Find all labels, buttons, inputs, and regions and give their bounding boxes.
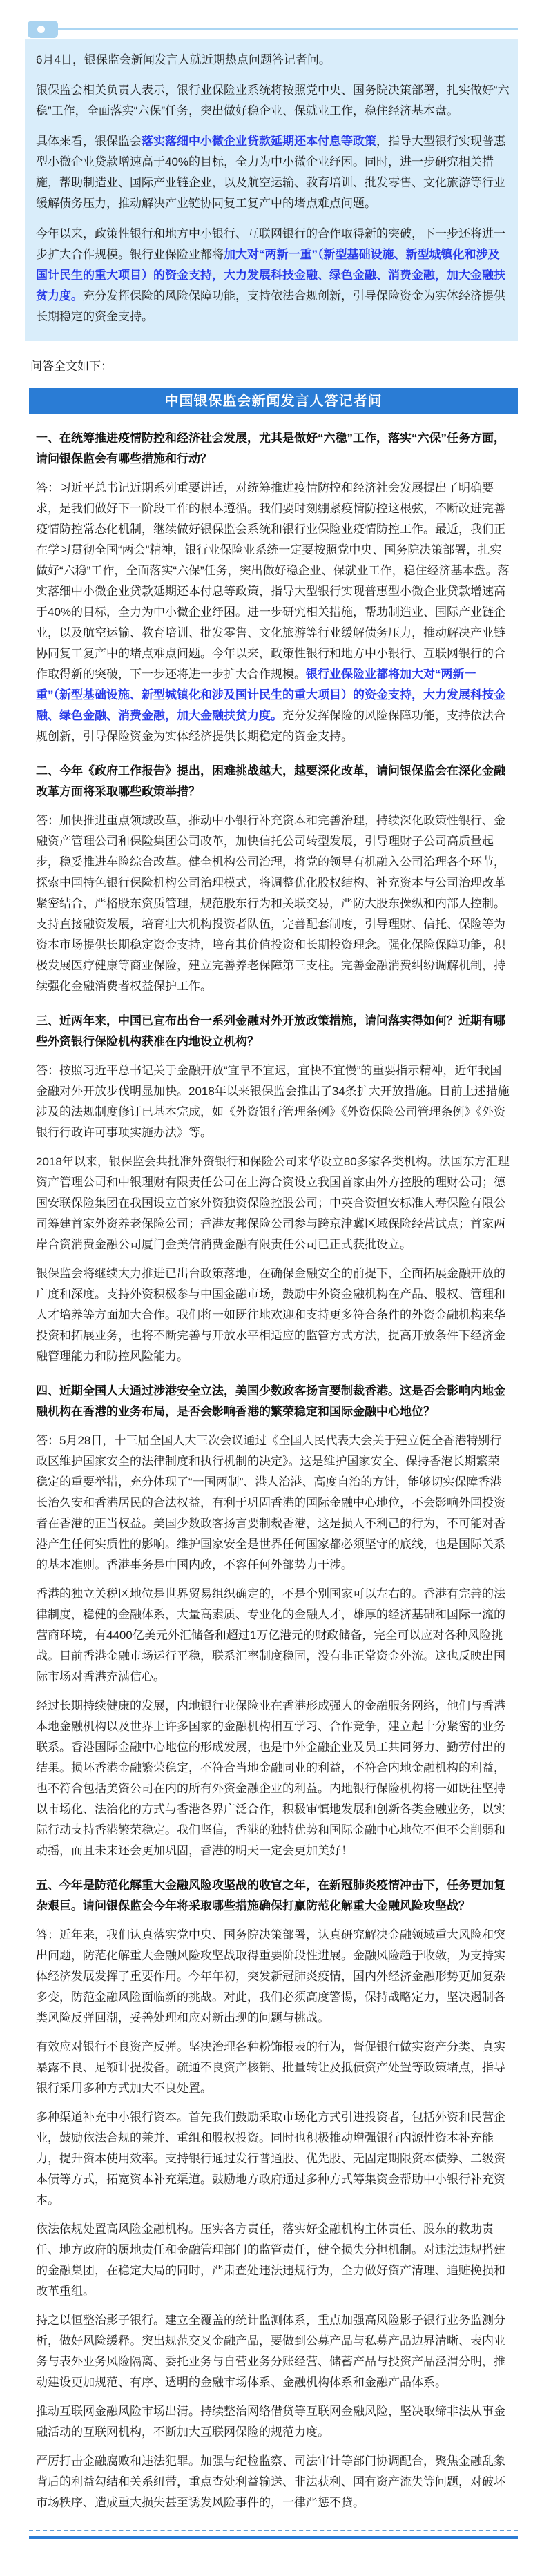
intro-paragraph: 6月4日，银保监会新闻发言人就近期热点问题答记者问。 [36, 50, 510, 70]
text-run: 答：加快推进重点领域改革，推动中小银行补充资本和完善治理，持续深化政策性银行、金… [36, 814, 505, 993]
qa-section: 二、今年《政府工作报告》提出，困难挑战越大，越要深化改革，请问银保监会在深化金融… [36, 761, 511, 997]
qa-answer-paragraph: 2018年以来，银保监会共批准外资银行和保险公司来华设立80多家各类机构。法国东… [36, 1152, 511, 1255]
text-run: 香港的独立关税区地位是世界贸易组织确定的，不是个别国家可以左右的。香港有完善的法… [36, 1587, 505, 1683]
qa-section: 四、近期全国人大通过涉港安全立法，美国少数政客扬言要制裁香港。这是否会影响内地金… [36, 1381, 511, 1861]
qa-question: 四、近期全国人大通过涉港安全立法，美国少数政客扬言要制裁香港。这是否会影响内地金… [36, 1381, 511, 1422]
qa-body: 一、在统筹推进疫情防控和经济社会发展，尤其是做好“六稳”工作，落实“六保”任务方… [36, 428, 511, 2513]
text-run: 答：近年来，我们认真落实党中央、国务院决策部署，认真研究解决金融领域重大风险和突… [36, 1928, 505, 2024]
tag-icon-dot [37, 26, 45, 33]
qa-section: 一、在统筹推进疫情防控和经济社会发展，尤其是做好“六稳”工作，落实“六保”任务方… [36, 428, 511, 747]
text-run: 答：习近平总书记近期系列重要讲话，对统筹推进疫情防控和经济社会发展提出了明确要求… [36, 481, 510, 681]
intro-paragraph: 银保监会相关负责人表示，银行业保险业系统将按照党中央、国务院决策部署，扎实做好“… [36, 80, 510, 122]
lead-in-text: 问答全文如下： [30, 356, 542, 377]
footer-dashed-divider [29, 2530, 518, 2531]
footer-solid-divider [29, 2536, 518, 2539]
text-run: 推动互联网金融风险市场出清。持续整治网络借贷等互联网金融风险，坚决取缔非法从事金… [36, 2405, 505, 2439]
text-run: 多种渠道补充中小银行资本。首先我们鼓励采取市场化方式引进投资者，包括外资和民营企… [36, 2111, 505, 2207]
qa-question: 二、今年《政府工作报告》提出，困难挑战越大，越要深化改革，请问银保监会在深化金融… [36, 761, 511, 802]
text-run: 答：5月28日，十三届全国人大三次会议通过《全国人民代表大会关于建立健全香港特别… [36, 1434, 505, 1571]
qa-section: 三、近两年来，中国已宣布出台一系列金融对外开放政策措施，请问落实得如何？近期有哪… [36, 1011, 511, 1367]
intro-paragraph: 具体来看，银保监会落实落细中小微企业贷款延期还本付息等政策，指导大型银行实现普惠… [36, 131, 510, 214]
text-run: 依法依规处置高风险金融机构。压实各方责任，落实好金融机构主体责任、股东的救助责任… [36, 2222, 505, 2298]
qa-answer-paragraph: 答：加快推进重点领域改革，推动中小银行补充资本和完善治理，持续深化政策性银行、金… [36, 811, 511, 997]
qa-answer-paragraph: 答：5月28日，十三届全国人大三次会议通过《全国人民代表大会关于建立健全香港特别… [36, 1431, 511, 1576]
text-run: 2018年以来，银保监会共批准外资银行和保险公司来华设立80多家各类机构。法国东… [36, 1155, 510, 1251]
text-run: 充分发挥保险的风险保障功能，支持依法合规创新，引导保险资金为实体经济提供长期稳定… [36, 289, 505, 323]
text-run: 严厉打击金融腐败和违法犯罪。加强与纪检监察、司法审计等部门协调配合，聚焦金融乱象… [36, 2454, 505, 2509]
text-run: 答：按照习近平总书记关于金融开放“宜早不宜迟，宜快不宜慢”的重要指示精神，近年我… [36, 1064, 510, 1139]
text-run: 银保监会将继续大力推进已出台政策落地，在确保金融安全的前提下，全面拓展金融开放的… [36, 1267, 505, 1363]
qa-answer-paragraph: 持之以恒整治影子银行。建立全覆盖的统计监测体系，重点加强高风险影子银行业务监测分… [36, 2310, 511, 2393]
qa-question: 三、近两年来，中国已宣布出台一系列金融对外开放政策措施，请问落实得如何？近期有哪… [36, 1011, 511, 1052]
banner-title: 中国银保监会新闻发言人答记者问 [29, 388, 518, 414]
top-divider-line [40, 28, 518, 30]
qa-answer-paragraph: 依法依规处置高风险金融机构。压实各方责任，落实好金融机构主体责任、股东的救助责任… [36, 2219, 511, 2302]
tag-icon [28, 21, 58, 38]
qa-answer-paragraph: 严厉打击金融腐败和违法犯罪。加强与纪检监察、司法审计等部门协调配合，聚焦金融乱象… [36, 2451, 511, 2513]
highlighted-text: 落实落细中小微企业贷款延期还本付息等政策 [142, 135, 376, 148]
intro-summary-box: 6月4日，银保监会新闻发言人就近期热点问题答记者问。银保监会相关负责人表示，银行… [25, 39, 518, 341]
qa-question: 一、在统筹推进疫情防控和经济社会发展，尤其是做好“六稳”工作，落实“六保”任务方… [36, 428, 511, 469]
qa-answer-paragraph: 银保监会将继续大力推进已出台政策落地，在确保金融安全的前提下，全面拓展金融开放的… [36, 1263, 511, 1367]
qa-answer-paragraph: 答：按照习近平总书记关于金融开放“宜早不宜迟，宜快不宜慢”的重要指示精神，近年我… [36, 1061, 511, 1143]
qa-question: 五、今年是防范化解重大金融风险攻坚战的收官之年，在新冠肺炎疫情冲击下，任务更加复… [36, 1875, 511, 1917]
intro-paragraph: 今年以来，政策性银行和地方中小银行、互联网银行的合作取得新的突破，下一步还将进一… [36, 224, 510, 327]
text-run: 有效应对银行不良资产反弹。坚决治理各种粉饰报表的行为，督促银行做实资产分类、真实… [36, 2040, 505, 2095]
article-page: 6月4日，银保监会新闻发言人就近期热点问题答记者问。银保监会相关负责人表示，银行… [0, 0, 542, 2576]
qa-answer-paragraph: 答：习近平总书记近期系列重要讲话，对统筹推进疫情防控和经济社会发展提出了明确要求… [36, 478, 511, 747]
qa-answer-paragraph: 香港的独立关税区地位是世界贸易组织确定的，不是个别国家可以左右的。香港有完善的法… [36, 1584, 511, 1687]
qa-answer-paragraph: 多种渠道补充中小银行资本。首先我们鼓励采取市场化方式引进投资者，包括外资和民营企… [36, 2107, 511, 2211]
qa-answer-paragraph: 推动互联网金融风险市场出清。持续整治网络借贷等互联网金融风险，坚决取缔非法从事金… [36, 2401, 511, 2443]
text-run: 6月4日，银保监会新闻发言人就近期热点问题答记者问。 [36, 53, 331, 66]
text-run: 具体来看，银保监会 [36, 135, 142, 148]
text-run: 经过长期持续健康的发展，内地银行业保险业在香港形成强大的金融服务网络，他们与香港… [36, 1699, 505, 1857]
text-run: 银保监会相关负责人表示，银行业保险业系统将按照党中央、国务院决策部署，扎实做好“… [36, 84, 510, 117]
text-run: 持之以恒整治影子银行。建立全覆盖的统计监测体系，重点加强高风险影子银行业务监测分… [36, 2314, 505, 2389]
qa-answer-paragraph: 经过长期持续健康的发展，内地银行业保险业在香港形成强大的金融服务网络，他们与香港… [36, 1696, 511, 1861]
qa-answer-paragraph: 答：近年来，我们认真落实党中央、国务院决策部署，认真研究解决金融领域重大风险和突… [36, 1925, 511, 2028]
qa-section: 五、今年是防范化解重大金融风险攻坚战的收官之年，在新冠肺炎疫情冲击下，任务更加复… [36, 1875, 511, 2513]
qa-answer-paragraph: 有效应对银行不良资产反弹。坚决治理各种粉饰报表的行为，督促银行做实资产分类、真实… [36, 2037, 511, 2099]
